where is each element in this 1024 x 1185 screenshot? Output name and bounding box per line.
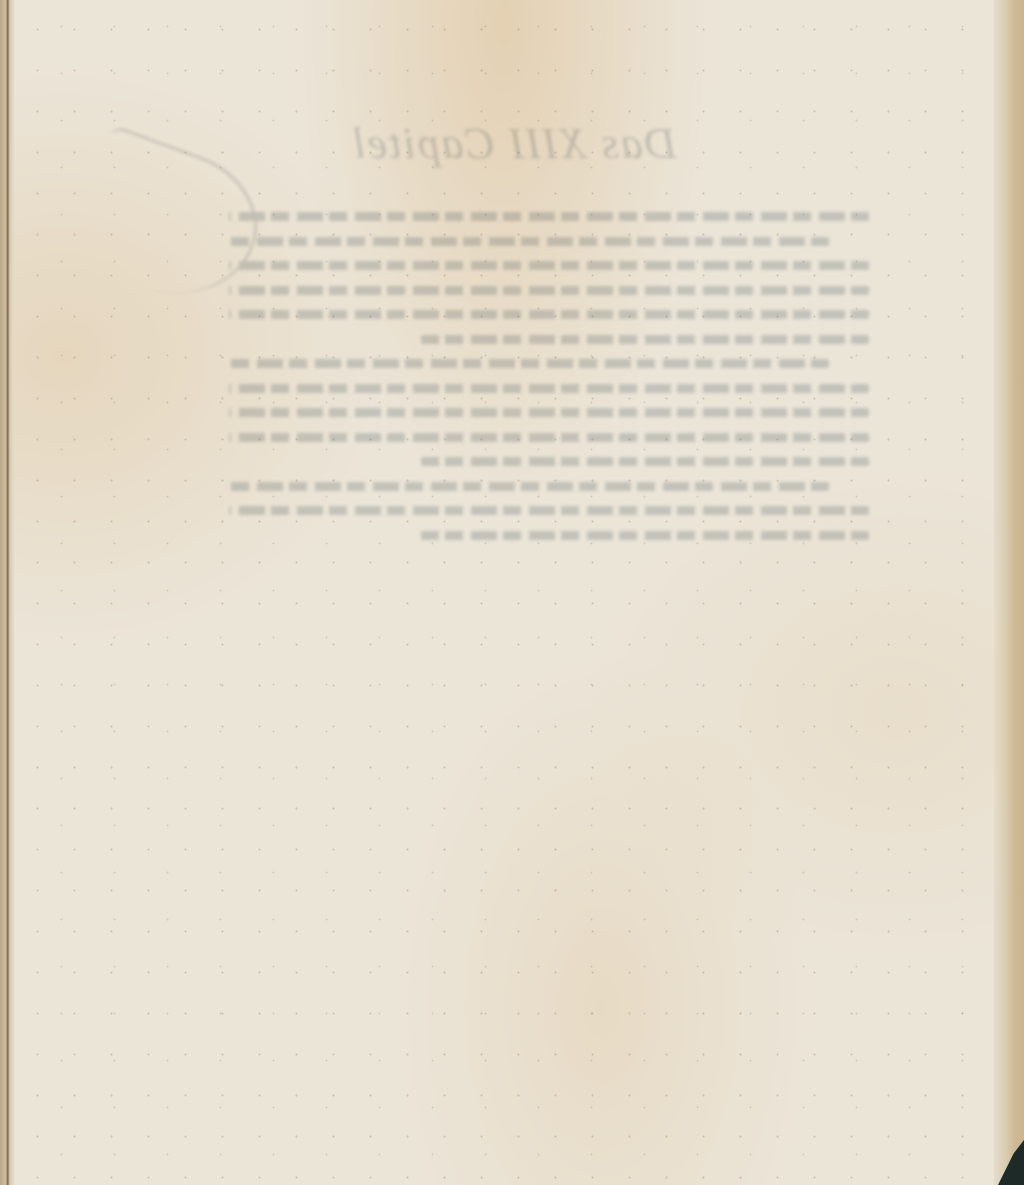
page-scan: Das XIII Capitel (0, 0, 1024, 1185)
fore-edge (994, 0, 1024, 1185)
paper-specks (14, 0, 994, 1185)
binding-edge (0, 0, 14, 1185)
paper-surface: Das XIII Capitel (14, 0, 994, 1185)
